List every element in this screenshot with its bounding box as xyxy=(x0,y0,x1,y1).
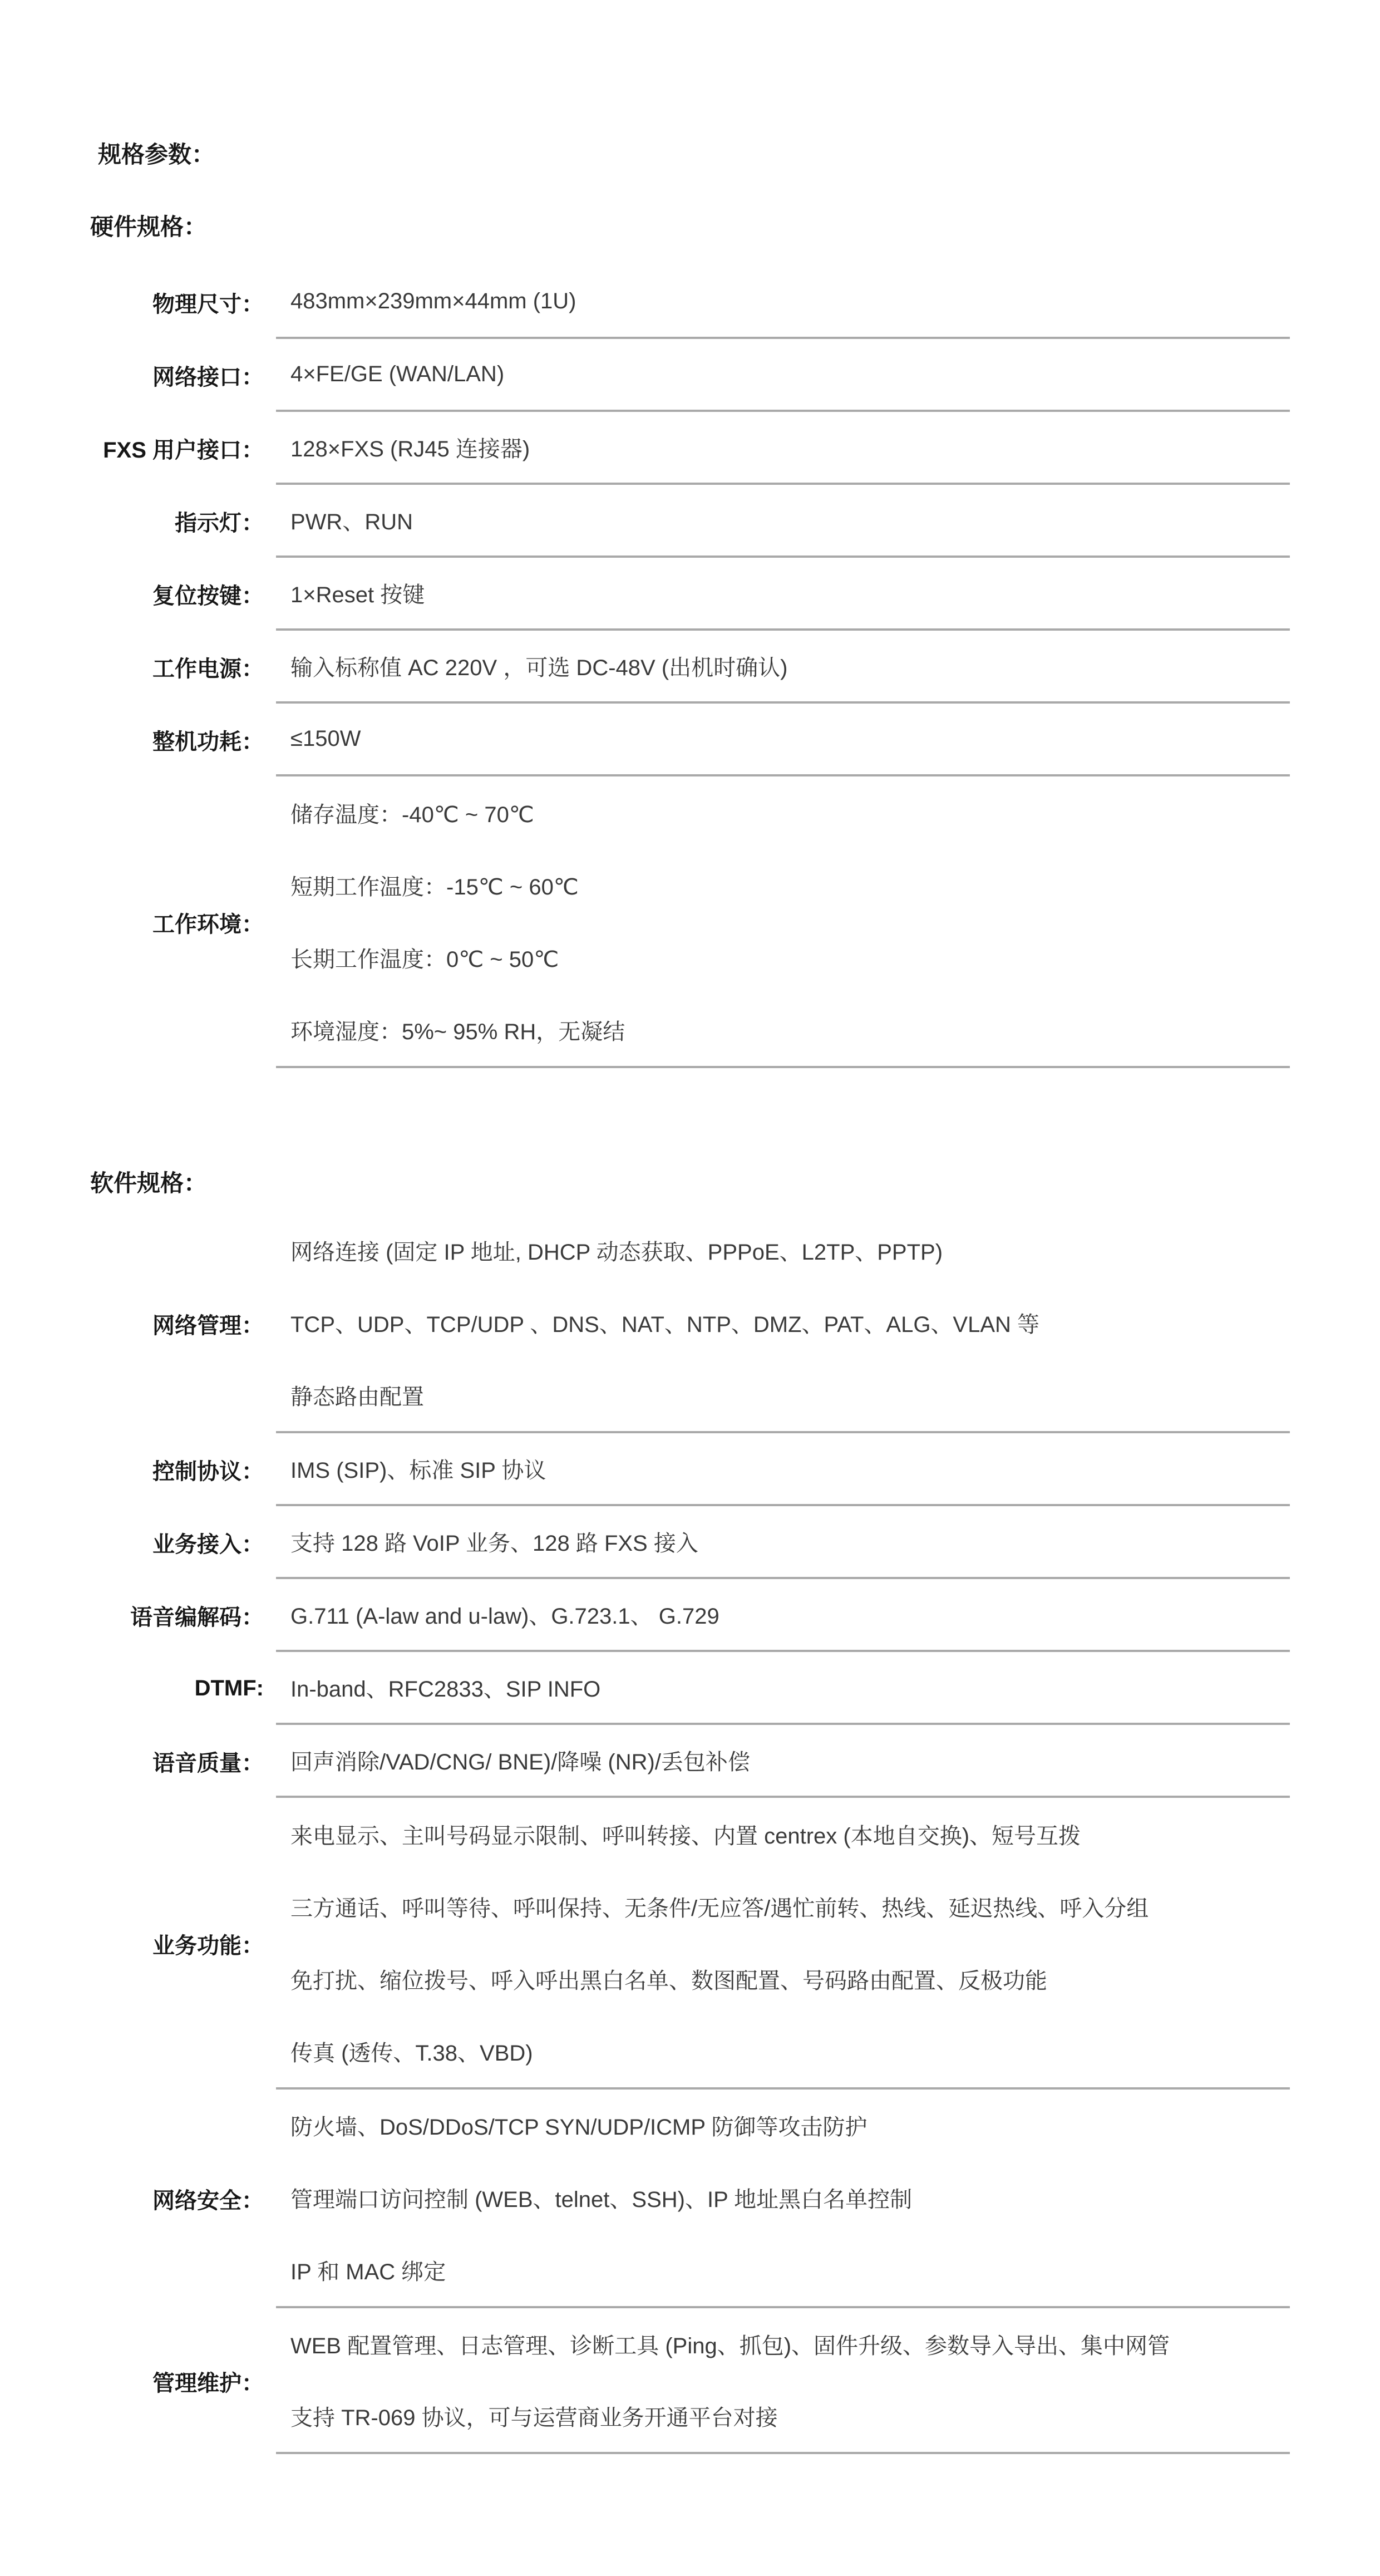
table-row: 语音质量：回声消除/VAD/CNG/ BNE)/降噪 (NR)/丢包补偿 xyxy=(0,1725,1290,1798)
spec-value-line: PWR、RUN xyxy=(290,485,1290,555)
spec-value: 4×FE/GE (WAN/LAN) xyxy=(276,339,1290,412)
spec-value-line: 128×FXS (RJ45 连接器) xyxy=(290,412,1290,483)
spec-label: 网络安全： xyxy=(0,2090,276,2308)
spec-label: 复位按键： xyxy=(0,558,276,631)
spec-value-line: IP 和 MAC 绑定 xyxy=(290,2234,1290,2306)
spec-value-line: 环境湿度：5%~ 95% RH，无凝结 xyxy=(290,994,1290,1066)
spec-value: 储存温度：-40℃ ~ 70℃短期工作温度：-15℃ ~ 60℃长期工作温度：0… xyxy=(276,776,1290,1068)
spec-value-line: 4×FE/GE (WAN/LAN) xyxy=(290,339,1290,410)
hardware-spec-table: 物理尺寸：483mm×239mm×44mm (1U)网络接口：4×FE/GE (… xyxy=(0,266,1290,1068)
software-spec-table: 网络管理：网络连接 (固定 IP 地址, DHCP 动态获取、PPPoE、L2T… xyxy=(0,1215,1290,2454)
spec-value-line: In-band、RFC2833、SIP INFO xyxy=(290,1652,1290,1723)
spec-label: FXS 用户接口： xyxy=(0,412,276,485)
spec-value-line: 1×Reset 按键 xyxy=(290,558,1290,628)
spec-value-line: G.711 (A-law and u-law)、G.723.1、 G.729 xyxy=(290,1579,1290,1650)
spec-value-line: 网络连接 (固定 IP 地址, DHCP 动态获取、PPPoE、L2TP、PPT… xyxy=(290,1215,1290,1287)
spec-value-line: ≤150W xyxy=(290,704,1290,774)
table-row: 业务功能：来电显示、主叫号码显示限制、呼叫转接、内置 centrex (本地自交… xyxy=(0,1798,1290,2090)
spec-value-line: 输入标称值 AC 220V ，可选 DC-48V (出机时确认) xyxy=(290,631,1290,701)
table-row: 管理维护：WEB 配置管理、日志管理、诊断工具 (Ping、抓包)、固件升级、参… xyxy=(0,2308,1290,2454)
spec-value: PWR、RUN xyxy=(276,485,1290,558)
spec-document-page: 规格参数： 硬件规格： 物理尺寸：483mm×239mm×44mm (1U)网络… xyxy=(0,0,1380,2576)
spec-value-line: 静态路由配置 xyxy=(290,1359,1290,1431)
page-title: 规格参数： xyxy=(98,140,1380,169)
spec-value-line: 管理端口访问控制 (WEB、telnet、SSH)、IP 地址黑白名单控制 xyxy=(290,2162,1290,2234)
spec-value: 来电显示、主叫号码显示限制、呼叫转接、内置 centrex (本地自交换)、短号… xyxy=(276,1798,1290,2090)
spec-value: 1×Reset 按键 xyxy=(276,558,1290,631)
spec-label: 语音编解码： xyxy=(0,1579,276,1652)
table-row: 指示灯：PWR、RUN xyxy=(0,485,1290,558)
spec-label: 业务接入： xyxy=(0,1506,276,1579)
spec-value-line: IMS (SIP)、标准 SIP 协议 xyxy=(290,1433,1290,1504)
spec-value-line: 储存温度：-40℃ ~ 70℃ xyxy=(290,776,1290,849)
spec-value: WEB 配置管理、日志管理、诊断工具 (Ping、抓包)、固件升级、参数导入导出… xyxy=(276,2308,1290,2454)
spec-value-line: 483mm×239mm×44mm (1U) xyxy=(290,266,1290,337)
spec-value-line: WEB 配置管理、日志管理、诊断工具 (Ping、抓包)、固件升级、参数导入导出… xyxy=(290,2308,1290,2380)
spec-value: 128×FXS (RJ45 连接器) xyxy=(276,412,1290,485)
spec-value: 回声消除/VAD/CNG/ BNE)/降噪 (NR)/丢包补偿 xyxy=(276,1725,1290,1798)
table-row: 网络安全：防火墙、DoS/DDoS/TCP SYN/UDP/ICMP 防御等攻击… xyxy=(0,2090,1290,2308)
table-row: 语音编解码：G.711 (A-law and u-law)、G.723.1、 G… xyxy=(0,1579,1290,1652)
table-row: 网络接口：4×FE/GE (WAN/LAN) xyxy=(0,339,1290,412)
spec-value-line: TCP、UDP、TCP/UDP 、DNS、NAT、NTP、DMZ、PAT、ALG… xyxy=(290,1287,1290,1359)
spec-value-line: 传真 (透传、T.38、VBD) xyxy=(290,2015,1290,2087)
spec-label: 业务功能： xyxy=(0,1798,276,2090)
spec-label: 管理维护： xyxy=(0,2308,276,2454)
table-row: 物理尺寸：483mm×239mm×44mm (1U) xyxy=(0,266,1290,339)
spec-value-line: 免打扰、缩位拨号、呼入呼出黑白名单、数图配置、号码路由配置、反极功能 xyxy=(290,1943,1290,2015)
spec-value-line: 来电显示、主叫号码显示限制、呼叫转接、内置 centrex (本地自交换)、短号… xyxy=(290,1798,1290,1870)
spec-label: 控制协议： xyxy=(0,1433,276,1506)
spec-value: 防火墙、DoS/DDoS/TCP SYN/UDP/ICMP 防御等攻击防护管理端… xyxy=(276,2090,1290,2308)
spec-value-line: 防火墙、DoS/DDoS/TCP SYN/UDP/ICMP 防御等攻击防护 xyxy=(290,2090,1290,2162)
spec-value: 支持 128 路 VoIP 业务、128 路 FXS 接入 xyxy=(276,1506,1290,1579)
table-row: 工作环境：储存温度：-40℃ ~ 70℃短期工作温度：-15℃ ~ 60℃长期工… xyxy=(0,776,1290,1068)
spec-label: 工作环境： xyxy=(0,776,276,1068)
spec-value: 输入标称值 AC 220V ，可选 DC-48V (出机时确认) xyxy=(276,631,1290,704)
table-row: 网络管理：网络连接 (固定 IP 地址, DHCP 动态获取、PPPoE、L2T… xyxy=(0,1215,1290,1433)
table-row: 工作电源：输入标称值 AC 220V ，可选 DC-48V (出机时确认) xyxy=(0,631,1290,704)
spec-value-line: 长期工作温度：0℃ ~ 50℃ xyxy=(290,921,1290,994)
spec-label: DTMF: xyxy=(0,1652,276,1725)
hardware-section-heading: 硬件规格： xyxy=(90,213,1380,242)
table-row: DTMF:In-band、RFC2833、SIP INFO xyxy=(0,1652,1290,1725)
spec-label: 物理尺寸： xyxy=(0,266,276,339)
spec-value-line: 回声消除/VAD/CNG/ BNE)/降噪 (NR)/丢包补偿 xyxy=(290,1725,1290,1796)
spec-label: 指示灯： xyxy=(0,485,276,558)
spec-label: 网络管理： xyxy=(0,1215,276,1433)
spec-value-line: 短期工作温度：-15℃ ~ 60℃ xyxy=(290,849,1290,921)
table-row: 复位按键：1×Reset 按键 xyxy=(0,558,1290,631)
spec-label: 网络接口： xyxy=(0,339,276,412)
table-row: 整机功耗：≤150W xyxy=(0,704,1290,776)
spec-value: In-band、RFC2833、SIP INFO xyxy=(276,1652,1290,1725)
software-section-heading: 软件规格： xyxy=(90,1169,1380,1198)
spec-value: ≤150W xyxy=(276,704,1290,776)
spec-label: 整机功耗： xyxy=(0,704,276,776)
spec-value: 483mm×239mm×44mm (1U) xyxy=(276,266,1290,339)
spec-value: G.711 (A-law and u-law)、G.723.1、 G.729 xyxy=(276,1579,1290,1652)
spec-value: IMS (SIP)、标准 SIP 协议 xyxy=(276,1433,1290,1506)
table-row: FXS 用户接口：128×FXS (RJ45 连接器) xyxy=(0,412,1290,485)
spec-value-line: 三方通话、呼叫等待、呼叫保持、无条件/无应答/遇忙前转、热线、延迟热线、呼入分组 xyxy=(290,1870,1290,1943)
spec-value-line: 支持 TR-069 协议，可与运营商业务开通平台对接 xyxy=(290,2380,1290,2452)
table-row: 控制协议：IMS (SIP)、标准 SIP 协议 xyxy=(0,1433,1290,1506)
table-row: 业务接入：支持 128 路 VoIP 业务、128 路 FXS 接入 xyxy=(0,1506,1290,1579)
spec-value-line: 支持 128 路 VoIP 业务、128 路 FXS 接入 xyxy=(290,1506,1290,1577)
spec-label: 语音质量： xyxy=(0,1725,276,1798)
spec-value: 网络连接 (固定 IP 地址, DHCP 动态获取、PPPoE、L2TP、PPT… xyxy=(276,1215,1290,1433)
spec-label: 工作电源： xyxy=(0,631,276,704)
